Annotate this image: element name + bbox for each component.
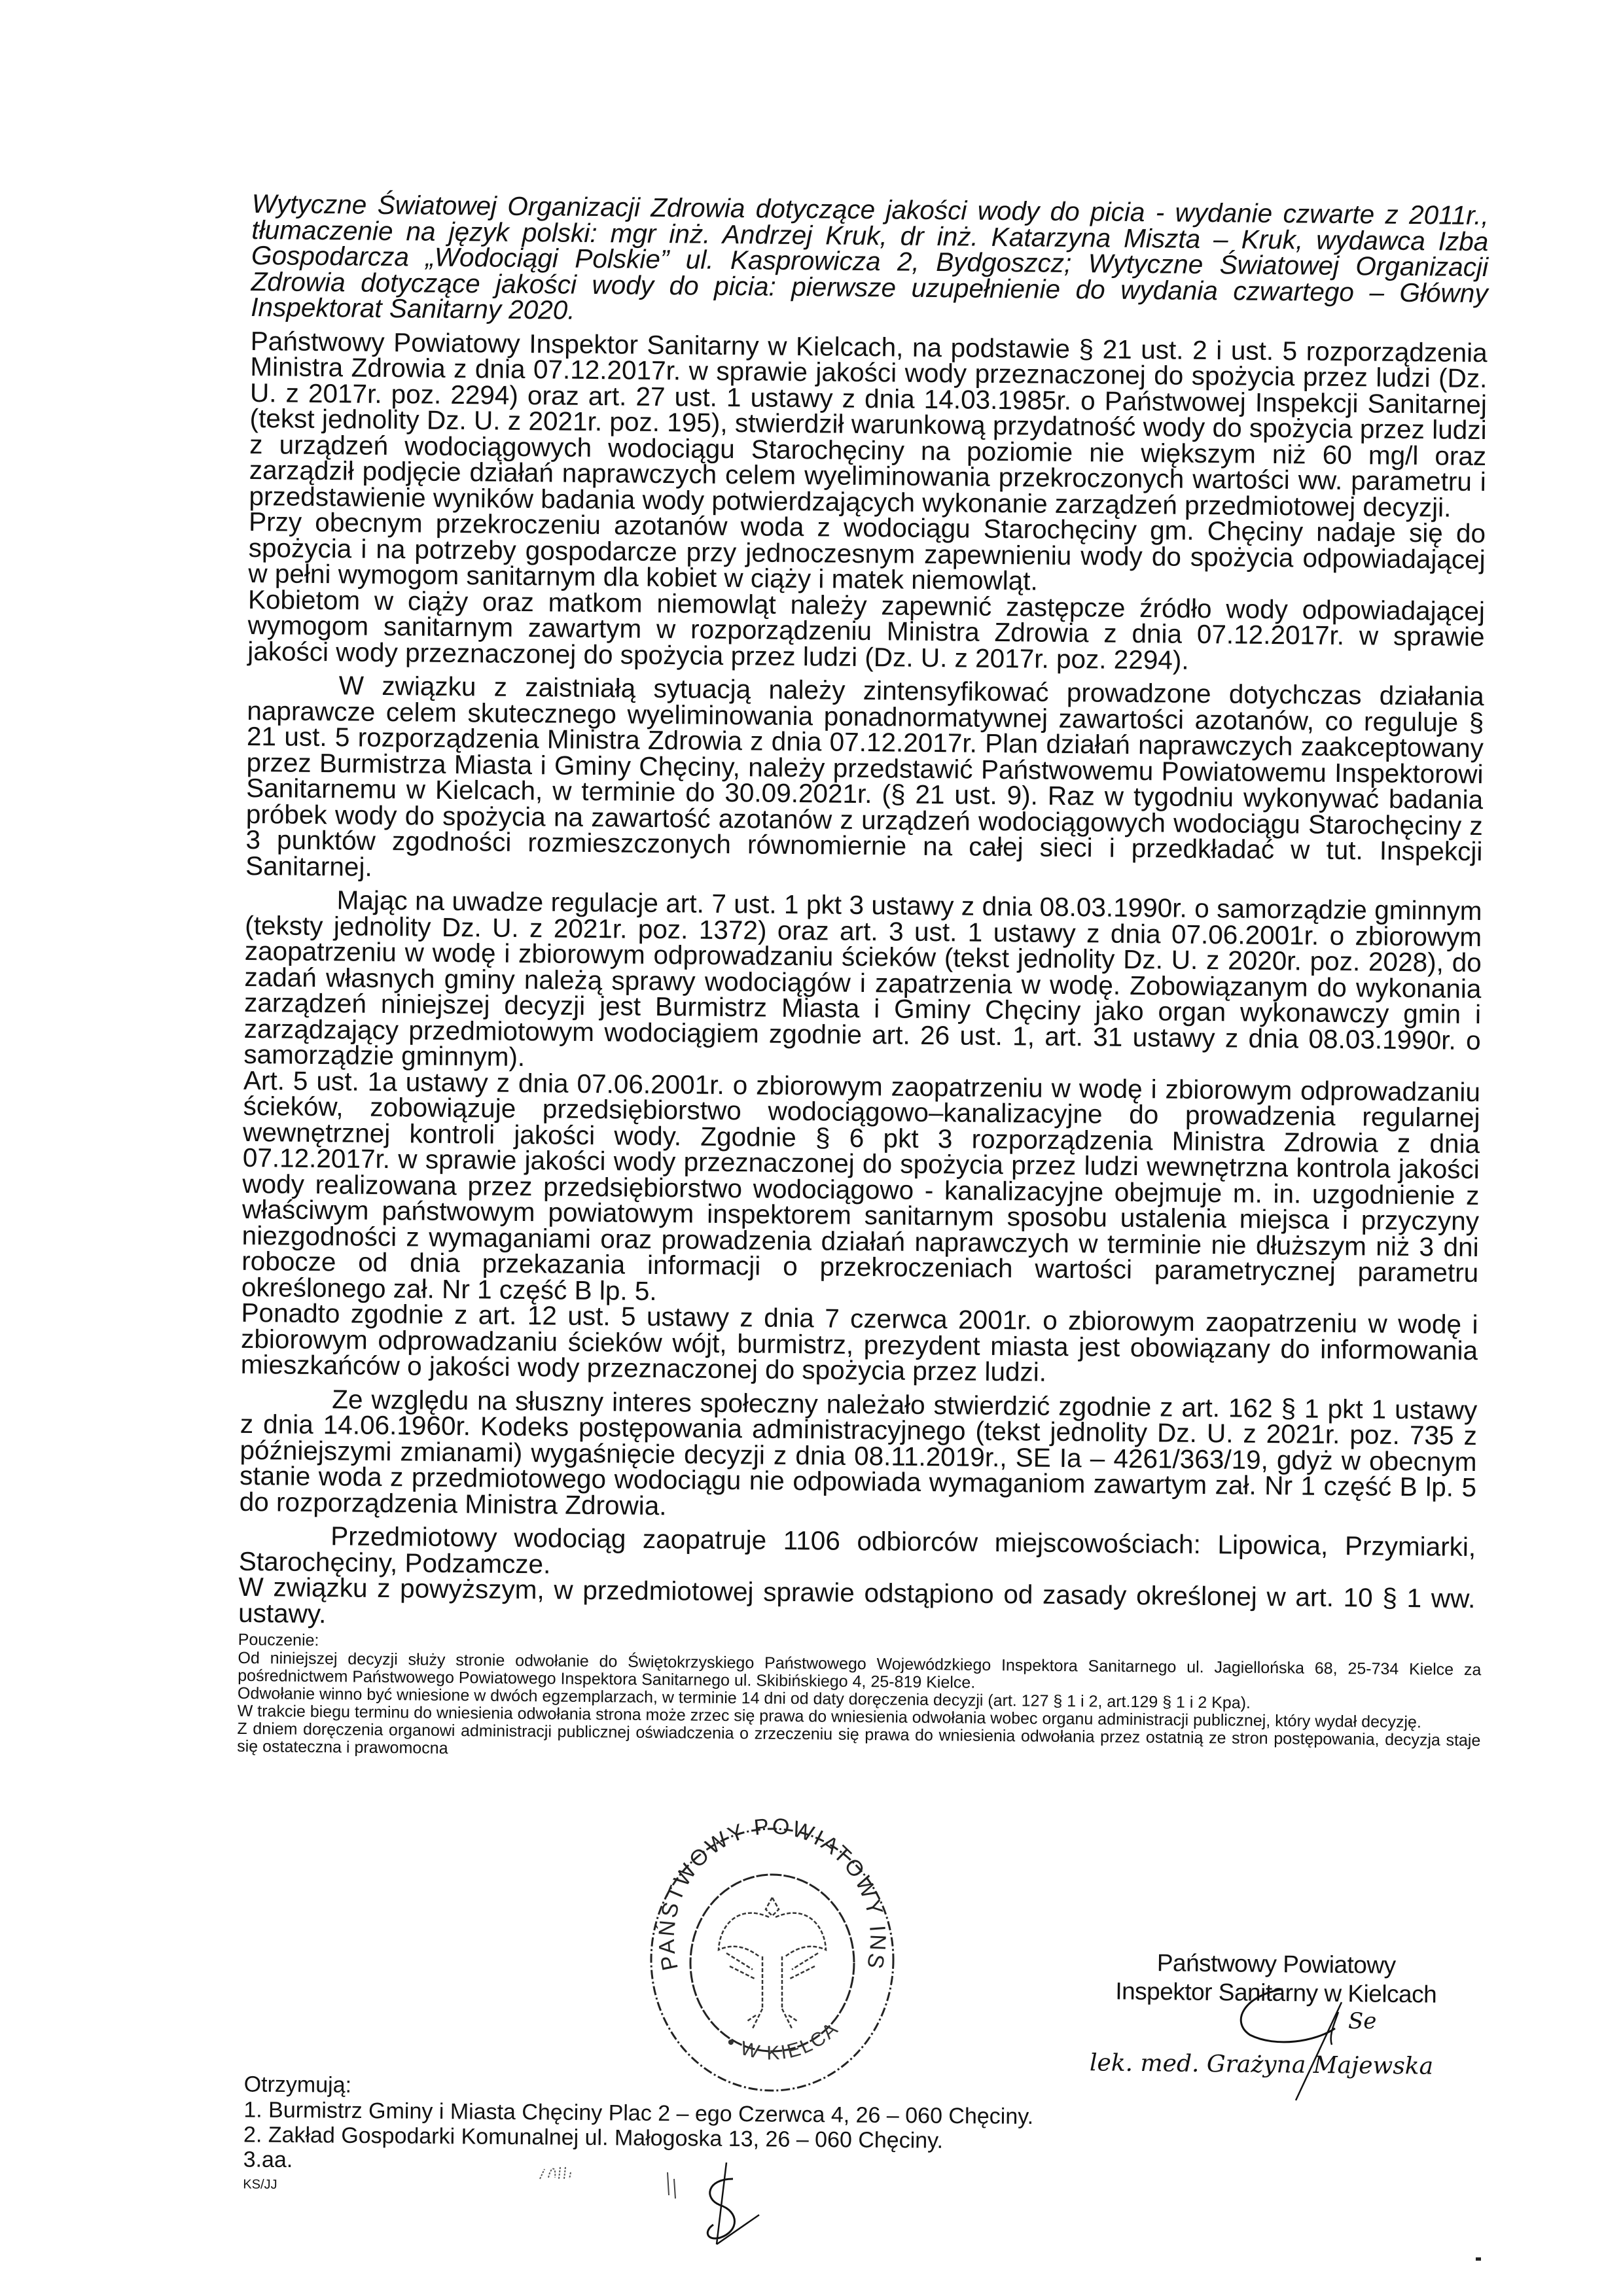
municipal-law-paragraph: Mając na uwadze regulacje art. 7 ust. 1 … <box>243 887 1482 1080</box>
official-stamp: PAŃSTWOWY POWIATOWY INSPEKTOR SANITARNY … <box>641 1812 903 2100</box>
references-paragraph: Wytyczne Światowej Organizacji Zdrowia d… <box>251 191 1489 332</box>
signatory-name: lek. med. Grażyna Majewska <box>1090 2049 1433 2079</box>
instruction-block: Od niniejszej decyzji służy stronie odwo… <box>237 1650 1474 1767</box>
information-duty-paragraph: Ponadto zgodnie z art. 12 ust. 5 ustawy … <box>241 1300 1478 1390</box>
internal-control-paragraph: Art. 5 ust. 1a ustawy z dnia 07.06.2001r… <box>241 1067 1480 1312</box>
deviation-paragraph: W związku z powyższym, w przedmiotowej s… <box>238 1574 1476 1638</box>
stamp-icon: PAŃSTWOWY POWIATOWY INSPEKTOR SANITARNY … <box>641 1812 903 2100</box>
expiry-paragraph: Ze względu na słuszny interes społeczny … <box>240 1385 1478 1527</box>
nitrate-paragraph: Przy obecnym przekroczeniu azotanów woda… <box>248 509 1486 599</box>
document-body: Wytyczne Światowej Organizacji Zdrowia d… <box>237 191 1489 1767</box>
handwritten-signature-icon: Se <box>1204 1976 1427 2107</box>
handwritten-initials-icon <box>654 2159 785 2251</box>
pregnant-women-paragraph: Kobietom w ciąży oraz matkom niemowląt n… <box>247 586 1485 676</box>
signature-initials: Se <box>1348 2008 1376 2034</box>
document-page: Wytyczne Światowej Organizacji Zdrowia d… <box>0 0 1623 2296</box>
corrective-actions-paragraph: W związku z zaistniałą sytuacją należy z… <box>245 672 1484 891</box>
scan-artifact <box>1476 2257 1481 2261</box>
handwritten-date-mark-icon <box>537 2159 589 2185</box>
eagle-emblem-icon <box>719 1898 826 2028</box>
decision-paragraph: Państwowy Powiatowy Inspektor Sanitarny … <box>249 328 1488 521</box>
